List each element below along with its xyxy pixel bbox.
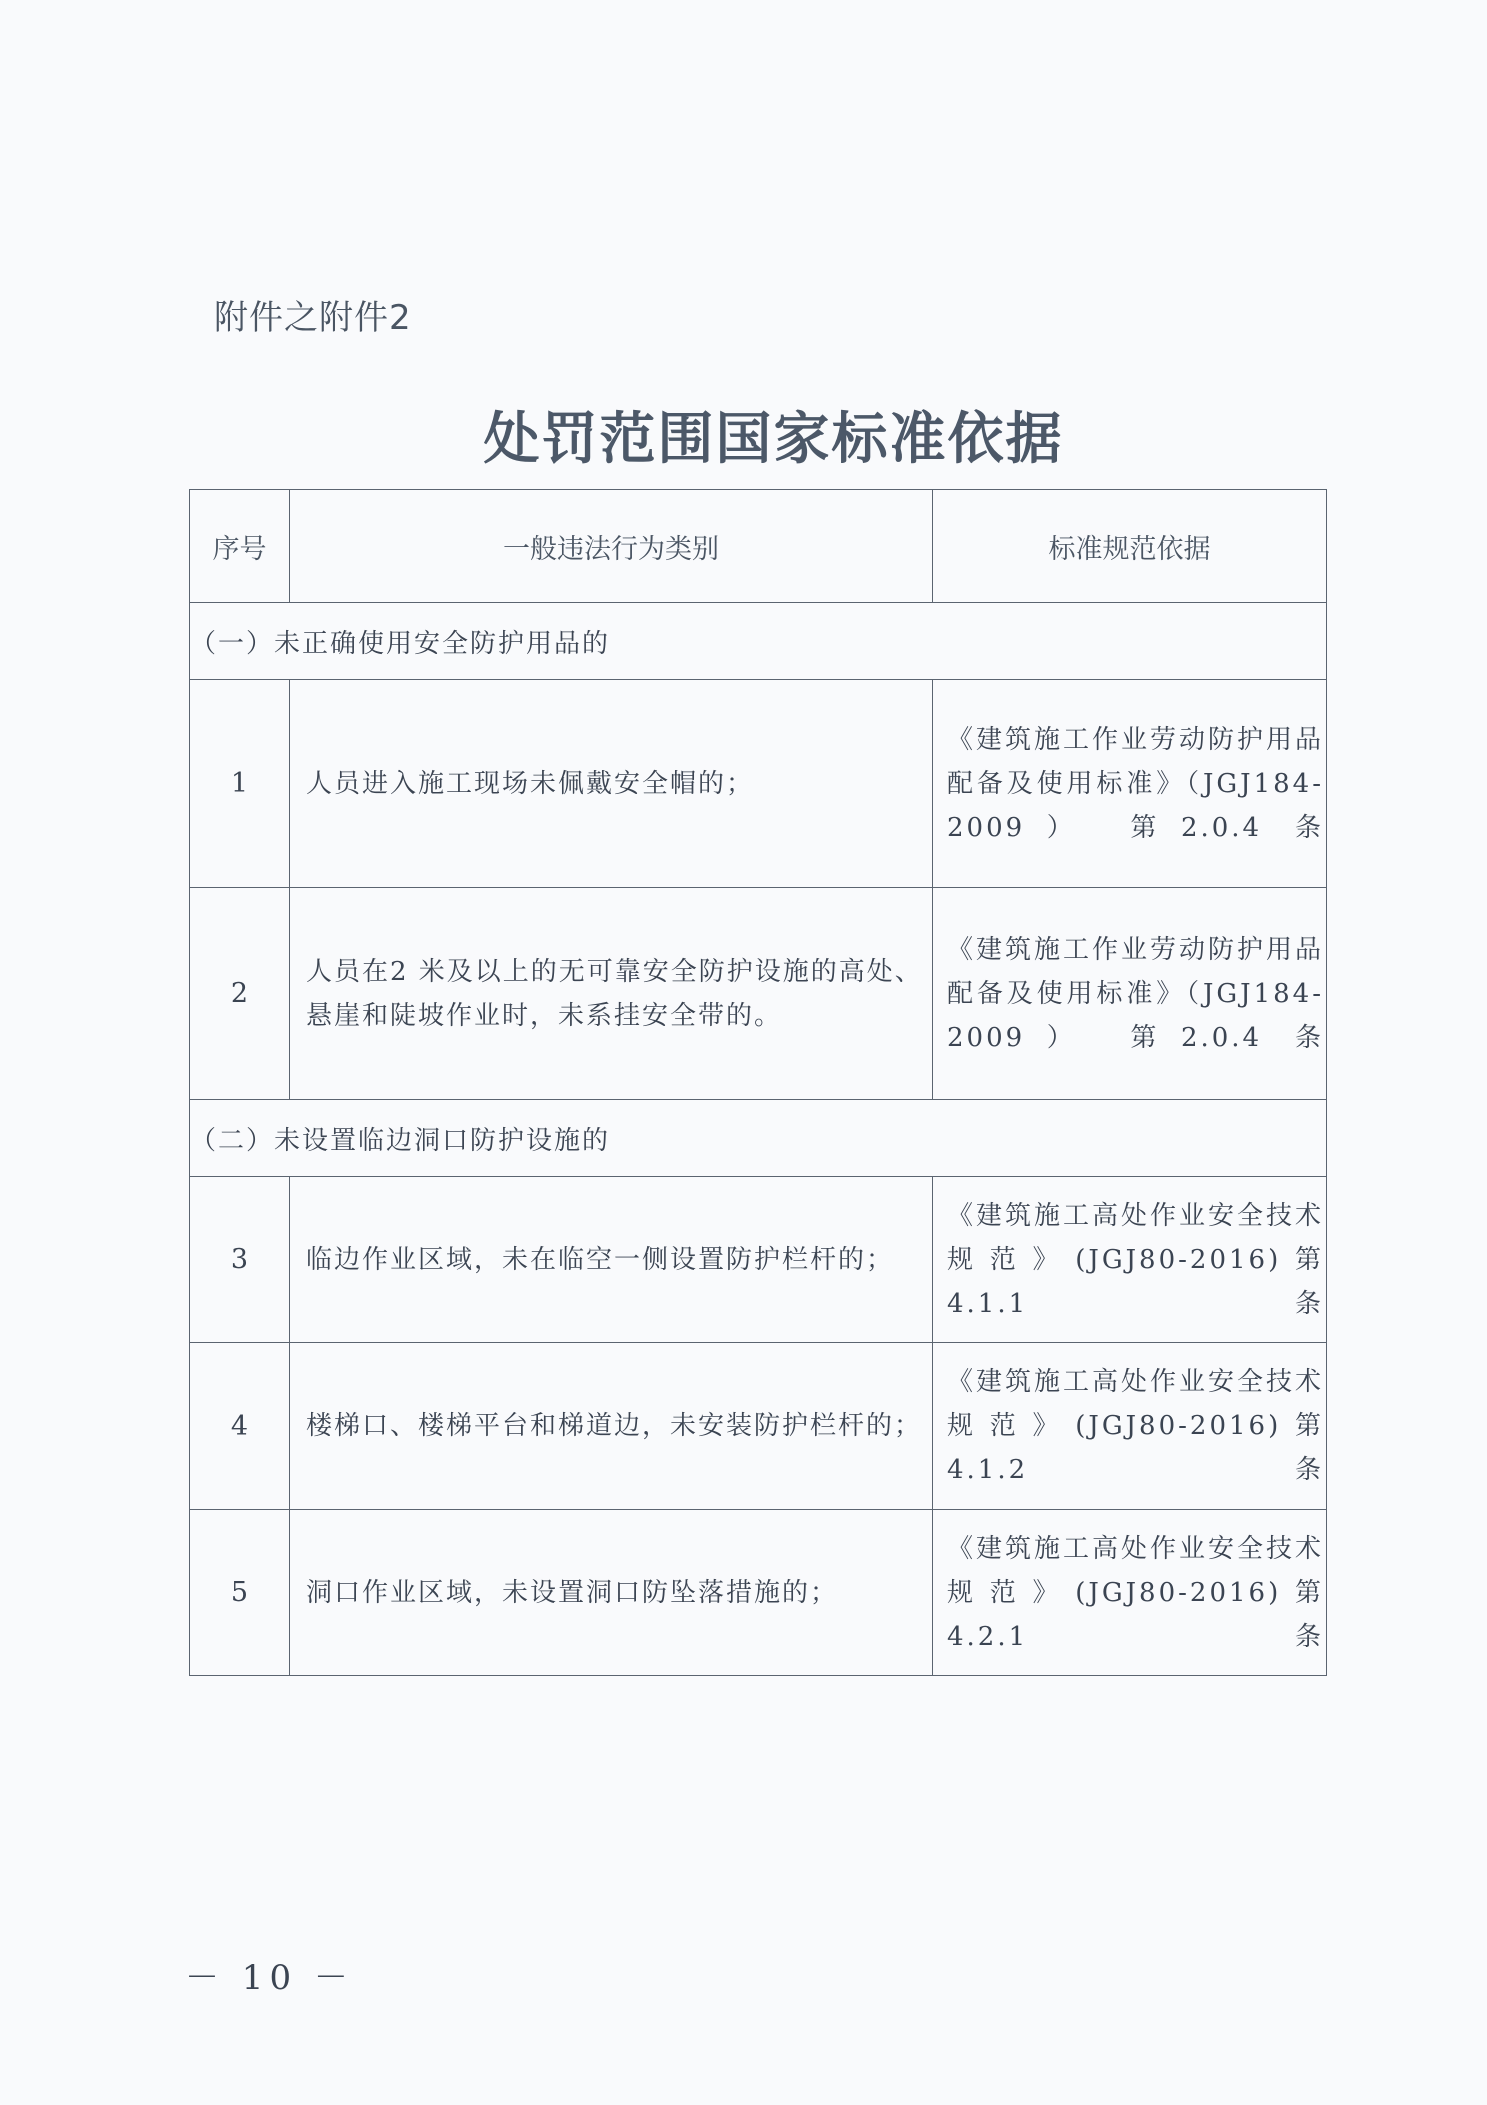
section-row: （一）未正确使用安全防护用品的 [190, 603, 1327, 680]
document-title: 处罚范围国家标准依据 [0, 395, 1487, 475]
standard-basis: 《建筑施工高处作业安全技术规范》(JGJ80-2016)第4.1.2条 [933, 1343, 1327, 1510]
standard-basis: 《建筑施工高处作业安全技术规范》(JGJ80-2016)第4.1.1条 [933, 1177, 1327, 1343]
table-row: 1 人员进入施工现场未佩戴安全帽的； 《建筑施工作业劳动防护用品配备及使用标准》… [190, 680, 1327, 888]
penalty-basis-table: 序号 一般违法行为类别 标准规范依据 （一）未正确使用安全防护用品的 1 人员进… [189, 489, 1327, 1676]
page-number: － 10 － [185, 1950, 354, 1999]
violation-category: 临边作业区域，未在临空一侧设置防护栏杆的； [290, 1177, 933, 1343]
standard-basis: 《建筑施工高处作业安全技术规范》(JGJ80-2016)第4.2.1条 [933, 1510, 1327, 1676]
row-number: 1 [190, 680, 290, 888]
section-title: （一）未正确使用安全防护用品的 [190, 603, 1327, 680]
violation-category: 洞口作业区域，未设置洞口防坠落措施的； [290, 1510, 933, 1676]
standard-basis: 《建筑施工作业劳动防护用品配备及使用标准》（JGJ184-2009） 第2.0.… [933, 888, 1327, 1100]
standard-basis: 《建筑施工作业劳动防护用品配备及使用标准》（JGJ184-2009） 第2.0.… [933, 680, 1327, 888]
row-number: 3 [190, 1177, 290, 1343]
row-number: 5 [190, 1510, 290, 1676]
attachment-label: 附件之附件2 [214, 290, 412, 339]
header-standard: 标准规范依据 [933, 490, 1327, 603]
violation-category: 人员进入施工现场未佩戴安全帽的； [290, 680, 933, 888]
violation-category: 楼梯口、楼梯平台和梯道边，未安装防护栏杆的； [290, 1343, 933, 1510]
violation-category: 人员在2 米及以上的无可靠安全防护设施的高处、悬崖和陡坡作业时，未系挂安全带的。 [290, 888, 933, 1100]
section-title: （二）未设置临边洞口防护设施的 [190, 1100, 1327, 1177]
header-category: 一般违法行为类别 [290, 490, 933, 603]
header-no: 序号 [190, 490, 290, 603]
table-header-row: 序号 一般违法行为类别 标准规范依据 [190, 490, 1327, 603]
table-row: 3 临边作业区域，未在临空一侧设置防护栏杆的； 《建筑施工高处作业安全技术规范》… [190, 1177, 1327, 1343]
row-number: 4 [190, 1343, 290, 1510]
table-row: 4 楼梯口、楼梯平台和梯道边，未安装防护栏杆的； 《建筑施工高处作业安全技术规范… [190, 1343, 1327, 1510]
section-row: （二）未设置临边洞口防护设施的 [190, 1100, 1327, 1177]
table-row: 5 洞口作业区域，未设置洞口防坠落措施的； 《建筑施工高处作业安全技术规范》(J… [190, 1510, 1327, 1676]
row-number: 2 [190, 888, 290, 1100]
table-row: 2 人员在2 米及以上的无可靠安全防护设施的高处、悬崖和陡坡作业时，未系挂安全带… [190, 888, 1327, 1100]
